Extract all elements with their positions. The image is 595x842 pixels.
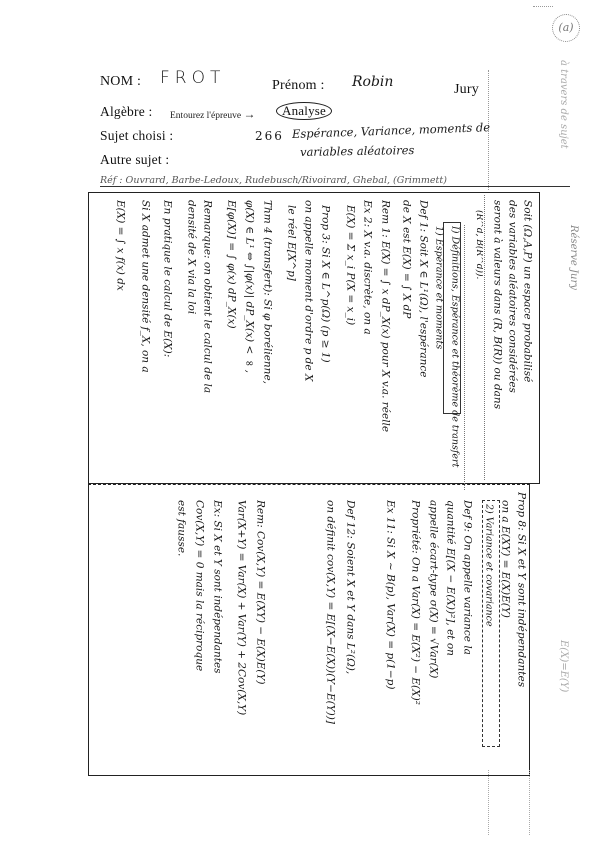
- margin-note-middle: Réserve Jury: [568, 225, 579, 365]
- upper-col-18: densité de X via la loi: [186, 200, 197, 480]
- sujet-number: 266: [255, 129, 284, 143]
- upper-col-15: φ(X) ∈ L¹ ⇔ ∫|φ(x)| dP_X(x) < ∞,: [244, 200, 255, 480]
- prenom-label: Prénom :: [272, 78, 325, 94]
- upper-col-13: le réel E[X^p]: [286, 205, 297, 365]
- upper-col-19: En pratique le calcul de E(X):: [162, 200, 173, 480]
- lower-col-14: est fausse.: [176, 500, 187, 650]
- upper-col-0: Soit (Ω,A,P) un espace probabilisé: [522, 200, 533, 480]
- jury-label: Jury: [454, 82, 479, 98]
- references-line: Réf : Ouvrard, Barbe-Ledoux, Rudebusch/R…: [100, 175, 570, 187]
- bottom-right-scribble: [488, 770, 530, 835]
- upper-col-12: on appelle moment d'ordre p de X: [303, 200, 314, 480]
- upper-col-1: des variables aléatoires considérées: [507, 200, 518, 480]
- lower-col-4: quantité E[(X − E(X))²], et on: [445, 500, 456, 770]
- upper-col-9: Ex 2: X v.a. discrète, on a: [362, 200, 373, 480]
- upper-col-21: E(X) = ∫ x f(x) dx: [115, 200, 126, 480]
- lower-col-3: Def 9: On appelle variance la: [462, 500, 473, 770]
- upper-divider-2: [464, 225, 465, 490]
- prenom-value: Robin: [352, 74, 393, 90]
- algebre-label: Algèbre :: [100, 104, 152, 120]
- autre-sujet-label: Autre sujet :: [100, 152, 169, 168]
- upper-col-20: Si X admet une densité f_X, on a: [140, 200, 151, 480]
- upper-col-6: Def 1: Soit X ∈ L¹(Ω), l'espérance: [418, 200, 429, 480]
- sujet-title-line2: variables aléatoires: [300, 143, 415, 159]
- lower-col-10: Rem: Cov(X,Y) = E(XY) − E(X)E(Y): [255, 500, 266, 770]
- sujet-label: Sujet choisi :: [100, 128, 173, 144]
- upper-divider-1: [484, 195, 485, 480]
- entourez-instruction: Entourez l'épreuve →: [170, 107, 255, 122]
- upper-col-8: Rem 1: E(X) = ∫ x dP_X(x) pour X v.a. ré…: [380, 200, 391, 480]
- upper-col-7: de X est E(X) = ∫ X dP: [401, 200, 412, 480]
- upper-body-frame: [88, 192, 540, 484]
- upper-col-14: Thm 4 (transfert): Si φ borélienne,: [262, 200, 273, 480]
- nom-label: NOM :: [100, 74, 141, 90]
- analyse-circled-option[interactable]: Analyse: [276, 102, 332, 120]
- lower-col-0: Prop 8: Si X et Y sont indépendantes: [516, 492, 527, 772]
- lower-col-8: Def 12: Soient X et Y dans L²(Ω),: [345, 500, 356, 770]
- lower-col-13: Cov(X,Y) = 0 mais la réciproque: [194, 500, 205, 770]
- margin-note-upper: à travers de sujet: [558, 60, 569, 210]
- entourez-text: Entourez l'épreuve: [170, 111, 241, 121]
- upper-col-5: 1) Espérance et moments: [434, 226, 444, 426]
- lower-col-12: Ex: Si X et Y sont indépendantes: [212, 500, 223, 770]
- upper-col-3: (R^d, B(R^d)).: [474, 210, 483, 290]
- sujet-title-line1: Espérance, Variance, moments de: [292, 120, 491, 141]
- corner-dots: [533, 6, 553, 7]
- lower-col-6: Propriété: On a Var(X) = E(X²) − E(X)²: [410, 500, 421, 770]
- upper-col-10: E(X) = Σ x_i P(X = x_i): [345, 205, 356, 475]
- lower-col-9: on définit cov(X,Y) = E[(X−E(X))(Y−E(Y))…: [325, 500, 336, 770]
- corner-stamp: (a): [552, 14, 580, 42]
- upper-col-2: seront à valeurs dans (R, B(R)) ou dans: [492, 200, 503, 480]
- upper-col-17: Remarque: on obtient le calcul de la: [202, 200, 213, 480]
- lower-col-1: on a E(XY) = E(X)E(Y): [500, 500, 511, 770]
- nom-value: FROT: [160, 68, 225, 88]
- lower-col-5: appelle écart-type σ(X) = √Var(X): [428, 500, 439, 770]
- upper-col-16: E[φ(X)] = ∫ φ(x) dP_X(x): [226, 200, 237, 480]
- margin-note-lower: E(X)=E(Y): [558, 640, 569, 790]
- upper-col-11: Prop 3: Si X ∈ L^p(Ω) (p ≥ 1): [320, 205, 331, 475]
- lower-col-7: Ex 11: Si X ~ B(p), Var(X) = p(1−p): [385, 500, 396, 770]
- lower-col-11: Var(X+Y) = Var(X) + Var(Y) + 2Cov(X,Y): [236, 500, 247, 770]
- upper-col-4: I) Définitions, Espérance et théorème de…: [450, 226, 460, 486]
- lower-col-2: 2) Variance et covariance: [484, 504, 494, 744]
- arrow-icon: →: [243, 107, 255, 121]
